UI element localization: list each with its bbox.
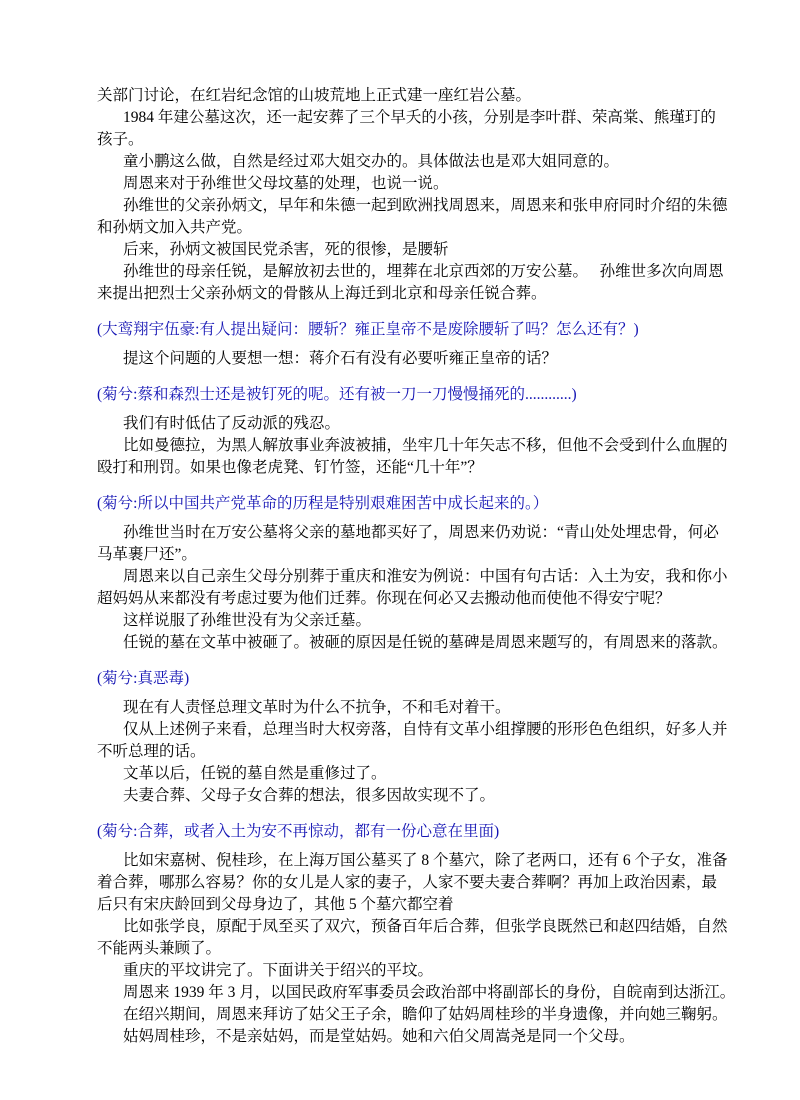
text-line: 着合葬，哪那么容易？你的女儿是人家的妻子，人家不要夫妻合葬啊？再加上政治因素，最 xyxy=(97,872,711,894)
text-line: 比如曼德拉，为黑人解放事业奔波被捕，坐牢几十年矢志不移，但他不会受到什么血腥的 xyxy=(97,435,711,457)
text-line: 后只有宋庆龄回到父母身边了，其他 5 个墓穴都空着 xyxy=(97,894,711,916)
text-line: 我们有时低估了反动派的残忍。 xyxy=(97,413,711,435)
text-line: 夫妻合葬、父母子女合葬的想法，很多因故实现不了。 xyxy=(97,785,711,807)
text-line: 来提出把烈士父亲孙炳文的骨骸从上海迁到北京和母亲任锐合葬。 xyxy=(97,283,711,305)
document-body: 关部门讨论，在红岩纪念馆的山坡荒地上正式建一座红岩公墓。1984 年建公墓这次，… xyxy=(97,85,711,1048)
text-line: 不能两头兼顾了。 xyxy=(97,938,711,960)
comment-line: (大鸾翔宇伍豪:有人提出疑问：腰斩？雍正皇帝不是废除腰斩了吗？怎么还有？) xyxy=(97,319,711,341)
text-line: 孩子。 xyxy=(97,129,711,151)
text-line: 超妈妈从来都没有考虑过要为他们迁葬。你现在何必又去搬动他而使他不得安宁呢？ xyxy=(97,588,711,610)
text-line: 重庆的平坟讲完了。下面讲关于绍兴的平坟。 xyxy=(97,960,711,982)
comment-line: (菊兮:真恶毒) xyxy=(97,668,711,690)
text-line: 姑妈周桂珍，不是亲姑妈，而是堂姑妈。她和六伯父周嵩尧是同一个父母。 xyxy=(97,1026,711,1048)
text-line: 比如宋嘉树、倪桂珍，在上海万国公墓买了 8 个墓穴，除了老两口，还有 6 个子女… xyxy=(97,850,711,872)
text-line: 孙维世的母亲任锐，是解放初去世的，埋葬在北京西郊的万安公墓。 孙维世多次向周恩 xyxy=(97,261,711,283)
text-line: 周恩来对于孙维世父母坟墓的处理，也说一说。 xyxy=(97,173,711,195)
text-line: 在绍兴期间，周恩来拜访了姑父王子余，瞻仰了姑妈周桂珍的半身遗像，并向她三鞠躬。 xyxy=(97,1004,711,1026)
text-line: 和孙炳文加入共产党。 xyxy=(97,217,711,239)
text-line: 周恩来 1939 年 3 月，以国民政府军事委员会政治部中将副部长的身份，自皖南… xyxy=(97,982,711,1004)
text-line: 马革裹尸还”。 xyxy=(97,544,711,566)
text-line: 这样说服了孙维世没有为父亲迁墓。 xyxy=(97,610,711,632)
comment-line: (菊兮:合葬，或者入土为安不再惊动，都有一份心意在里面) xyxy=(97,821,711,843)
text-line: 殴打和刑罚。如果也像老虎凳、钉竹签，还能“几十年”？ xyxy=(97,457,711,479)
text-line: 关部门讨论，在红岩纪念馆的山坡荒地上正式建一座红岩公墓。 xyxy=(97,85,711,107)
comment-line: (菊兮:蔡和森烈士还是被钉死的呢。还有被一刀一刀慢慢捅死的...........… xyxy=(97,384,711,406)
text-line: 现在有人责怪总理文革时为什么不抗争，不和毛对着干。 xyxy=(97,697,711,719)
text-line: 任锐的墓在文革中被砸了。被砸的原因是任锐的墓碑是周恩来题写的，有周恩来的落款。 xyxy=(97,632,711,654)
text-line: 童小鹏这么做，自然是经过邓大姐交办的。具体做法也是邓大姐同意的。 xyxy=(97,151,711,173)
document-page: 关部门讨论，在红岩纪念馆的山坡荒地上正式建一座红岩公墓。1984 年建公墓这次，… xyxy=(0,0,800,1100)
text-line: 仅从上述例子来看，总理当时大权旁落，自恃有文革小组撑腰的形形色色组织，好多人并 xyxy=(97,719,711,741)
text-line: 1984 年建公墓这次，还一起安葬了三个早夭的小孩，分别是李叶群、荣高棠、熊瑾玎… xyxy=(97,107,711,129)
text-line: 文革以后，任锐的墓自然是重修过了。 xyxy=(97,763,711,785)
text-line: 孙维世当时在万安公墓将父亲的墓地都买好了，周恩来仍劝说：“青山处处埋忠骨，何必 xyxy=(97,522,711,544)
text-line: 周恩来以自己亲生父母分别葬于重庆和淮安为例说：中国有句古话：入土为安，我和你小 xyxy=(97,566,711,588)
text-line: 比如张学良，原配于凤至买了双穴，预备百年后合葬，但张学良既然已和赵四结婚，自然 xyxy=(97,916,711,938)
text-line: 不听总理的话。 xyxy=(97,741,711,763)
text-line: 孙维世的父亲孙炳文，早年和朱德一起到欧洲找周恩来，周恩来和张申府同时介绍的朱德 xyxy=(97,195,711,217)
text-line: 提这个问题的人要想一想：蒋介石有没有必要听雍正皇帝的话？ xyxy=(97,348,711,370)
text-line: 后来，孙炳文被国民党杀害，死的很惨，是腰斩 xyxy=(97,239,711,261)
comment-line: (菊兮:所以中国共产党革命的历程是特别艰难困苦中成长起来的。） xyxy=(97,493,711,515)
